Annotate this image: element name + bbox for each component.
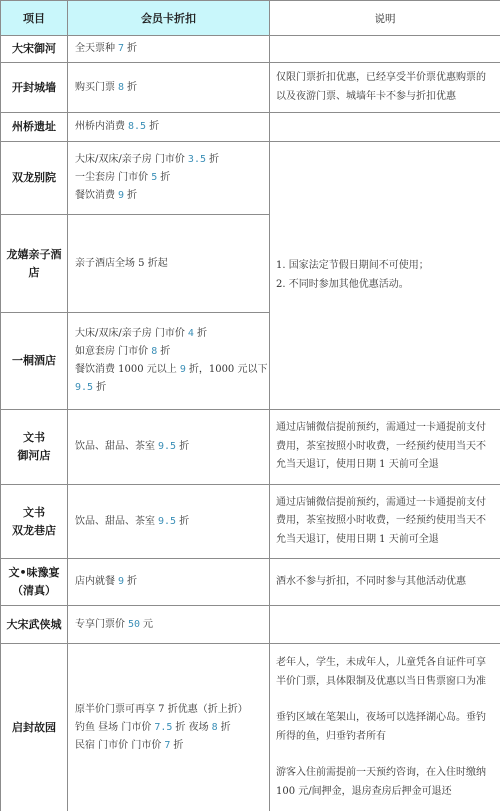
item-name: 州桥遗址 [1, 113, 68, 142]
item-name-line: 文书 [1, 429, 67, 447]
discount-unit: 折 [179, 441, 189, 452]
note-paragraph: 游客入住前需提前一天预约咨询，在入住时缴纳 100 元/间押金，退房查房后押金可… [276, 764, 495, 801]
discount-cell: 原半价门票可再享 7 折优惠（折上折） 钓鱼 昼场 门市价7.5折 夜场8折 民… [68, 644, 270, 811]
discount-line: 餐饮消费 1000 元以上9折，1000 元以下 [75, 361, 269, 379]
header-note: 说明 [270, 1, 500, 36]
item-name: 大宋御河 [1, 36, 68, 63]
item-name: 一桐酒店 [1, 313, 68, 410]
discount-value: 9 [180, 364, 186, 375]
discount-unit: 折 [173, 740, 183, 751]
member-discount-table: 项目 会员卡折扣 说明 大宋御河 全天票种7折 开封城墙 购买门票8折 仅限门票… [0, 0, 500, 811]
item-name-line: （清真） [1, 582, 67, 600]
discount-text: 民宿 门市价 门市价 [75, 740, 161, 751]
discount-value: 8 [118, 82, 124, 93]
discount-unit: 折 夜场 [175, 722, 208, 733]
item-name-line: 文书 [1, 504, 67, 522]
item-name-line: 御河店 [1, 447, 67, 465]
discount-unit: 折 [197, 328, 207, 339]
table-row: 启封故园 原半价门票可再享 7 折优惠（折上折） 钓鱼 昼场 门市价7.5折 夜… [1, 644, 500, 811]
discount-value: 8 [212, 722, 218, 733]
discount-value: 9 [118, 576, 124, 587]
note-line: 1. 国家法定节假日期间不可使用； [276, 257, 495, 276]
discount-unit: 折 [96, 382, 106, 393]
discount-line: 州桥内消费8.5折 [75, 118, 269, 136]
note-cell [270, 113, 500, 142]
discount-value: 7 [164, 740, 170, 751]
discount-text: 一尘套房 门市价 [75, 172, 148, 183]
header-item: 项目 [1, 1, 68, 36]
item-name-line: 店 [1, 264, 67, 282]
discount-value: 9.5 [158, 516, 176, 527]
discount-line: 餐饮消费9折 [75, 187, 269, 205]
table-row: 文书 御河店 饮品、甜品、茶室9.5折 通过店铺微信提前预约，需通过一卡通提前支… [1, 410, 500, 485]
discount-line: 民宿 门市价 门市价7折 [75, 737, 269, 755]
discount-value: 9.5 [158, 441, 176, 452]
table-row: 州桥遗址 州桥内消费8.5折 [1, 113, 500, 142]
item-name: 启封故园 [1, 644, 68, 811]
table-row: 大宋武侠城 专享门票价50元 [1, 606, 500, 644]
discount-value: 4 [188, 328, 194, 339]
paragraph-gap [276, 691, 495, 709]
discount-unit: 折 [179, 516, 189, 527]
discount-cell: 购买门票8折 [68, 63, 270, 113]
discount-cell: 大床/双床/亲子房 门市价3.5折 一尘套房 门市价5折 餐饮消费9折 [68, 142, 270, 215]
discount-unit: 折 [221, 722, 231, 733]
discount-text: 店内就餐 [75, 576, 115, 587]
item-name: 开封城墙 [1, 63, 68, 113]
discount-cell: 店内就餐9折 [68, 559, 270, 606]
discount-value: 50 [128, 619, 140, 630]
discount-line: 饮品、甜品、茶室9.5折 [75, 438, 269, 456]
item-name: 文书 双龙巷店 [1, 485, 68, 559]
discount-cell: 大床/双床/亲子房 门市价4折 如意套房 门市价8折 餐饮消费 1000 元以上… [68, 313, 270, 410]
discount-value: 7.5 [154, 722, 172, 733]
table-row: 大宋御河 全天票种7折 [1, 36, 500, 63]
discount-cell: 饮品、甜品、茶室9.5折 [68, 410, 270, 485]
item-name: 文•味豫宴 （清真） [1, 559, 68, 606]
discount-line: 全天票种7折 [75, 40, 269, 58]
discount-text: 餐饮消费 [75, 190, 115, 201]
discount-text: 专享门票价 [75, 619, 125, 630]
note-cell: 酒水不参与折扣，不同时参与其他活动优惠 [270, 559, 500, 606]
table-header-row: 项目 会员卡折扣 说明 [1, 1, 500, 36]
discount-unit: 折 [127, 190, 137, 201]
note-cell: 通过店铺微信提前预约，需通过一卡通提前支付费用，茶室按照小时收费，一经预约使用当… [270, 410, 500, 485]
discount-text: 大床/双床/亲子房 门市价 [75, 154, 185, 165]
discount-text: 购买门票 [75, 82, 115, 93]
note-cell: 仅限门票折扣优惠，已经享受半价票优惠购票的以及夜游门票、城墙年卡不参与折扣优惠 [270, 63, 500, 113]
discount-line: 如意套房 门市价8折 [75, 343, 269, 361]
discount-line: 原半价门票可再享 7 折优惠（折上折） [75, 701, 269, 719]
note-cell [270, 36, 500, 63]
discount-line: 购买门票8折 [75, 79, 269, 97]
shared-note-cell: 1. 国家法定节假日期间不可使用； 2. 不同时参加其他优惠活动。 [270, 142, 500, 410]
discount-cell: 亲子酒店全场 5 折起 [68, 215, 270, 313]
item-name-line: 龙嬉亲子酒 [1, 246, 67, 264]
discount-text: 如意套房 门市价 [75, 346, 148, 357]
discount-text: 全天票种 [75, 43, 115, 54]
discount-line: 饮品、甜品、茶室9.5折 [75, 513, 269, 531]
discount-value: 5 [151, 172, 157, 183]
note-cell: 老年人，学生，未成年人，儿童凭各自证件可享半价门票，具体限制及优惠以当日售票窗口… [270, 644, 500, 811]
discount-unit: 折，1000 元以下 [189, 364, 268, 375]
table-row: 双龙别院 大床/双床/亲子房 门市价3.5折 一尘套房 门市价5折 餐饮消费9折… [1, 142, 500, 215]
discount-value: 9.5 [75, 382, 93, 393]
discount-line: 9.5折 [75, 379, 269, 397]
discount-unit: 折 [127, 576, 137, 587]
discount-text: 餐饮消费 1000 元以上 [75, 364, 177, 375]
discount-value: 9 [118, 190, 124, 201]
discount-cell: 州桥内消费8.5折 [68, 113, 270, 142]
discount-text: 钓鱼 昼场 门市价 [75, 722, 151, 733]
discount-text: 饮品、甜品、茶室 [75, 441, 155, 452]
header-discount: 会员卡折扣 [68, 1, 270, 36]
discount-value: 8.5 [128, 121, 146, 132]
paragraph-gap [276, 746, 495, 764]
item-name: 龙嬉亲子酒 店 [1, 215, 68, 313]
discount-value: 7 [118, 43, 124, 54]
discount-value: 8 [151, 346, 157, 357]
discount-line: 钓鱼 昼场 门市价7.5折 夜场8折 [75, 719, 269, 737]
discount-text: 饮品、甜品、茶室 [75, 516, 155, 527]
item-name: 大宋武侠城 [1, 606, 68, 644]
discount-line: 大床/双床/亲子房 门市价3.5折 [75, 151, 269, 169]
note-cell: 通过店铺微信提前预约，需通过一卡通提前支付费用，茶室按照小时收费，一经预约使用当… [270, 485, 500, 559]
item-name: 双龙别院 [1, 142, 68, 215]
note-paragraph: 老年人，学生，未成年人，儿童凭各自证件可享半价门票，具体限制及优惠以当日售票窗口… [276, 654, 495, 691]
item-name: 文书 御河店 [1, 410, 68, 485]
discount-line: 大床/双床/亲子房 门市价4折 [75, 325, 269, 343]
discount-unit: 折 [149, 121, 159, 132]
table-row: 文•味豫宴 （清真） 店内就餐9折 酒水不参与折扣，不同时参与其他活动优惠 [1, 559, 500, 606]
discount-unit: 折 [160, 172, 170, 183]
item-name-line: 文•味豫宴 [1, 564, 67, 582]
note-cell [270, 606, 500, 644]
discount-line: 一尘套房 门市价5折 [75, 169, 269, 187]
discount-line: 亲子酒店全场 5 折起 [75, 255, 269, 273]
discount-cell: 专享门票价50元 [68, 606, 270, 644]
discount-line: 专享门票价50元 [75, 616, 269, 634]
note-paragraph: 垂钓区域在笔架山，夜场可以选择湖心岛。垂钓所得的鱼，归垂钓者所有 [276, 709, 495, 746]
discount-cell: 饮品、甜品、茶室9.5折 [68, 485, 270, 559]
discount-value: 3.5 [188, 154, 206, 165]
discount-unit: 元 [143, 619, 153, 630]
note-line: 2. 不同时参加其他优惠活动。 [276, 276, 495, 295]
item-name-line: 双龙巷店 [1, 522, 67, 540]
discount-cell: 全天票种7折 [68, 36, 270, 63]
discount-unit: 折 [160, 346, 170, 357]
discount-text: 大床/双床/亲子房 门市价 [75, 328, 185, 339]
discount-text: 州桥内消费 [75, 121, 125, 132]
discount-unit: 折 [127, 43, 137, 54]
table-row: 开封城墙 购买门票8折 仅限门票折扣优惠，已经享受半价票优惠购票的以及夜游门票、… [1, 63, 500, 113]
discount-unit: 折 [209, 154, 219, 165]
discount-unit: 折 [127, 82, 137, 93]
table-row: 文书 双龙巷店 饮品、甜品、茶室9.5折 通过店铺微信提前预约，需通过一卡通提前… [1, 485, 500, 559]
discount-line: 店内就餐9折 [75, 573, 269, 591]
